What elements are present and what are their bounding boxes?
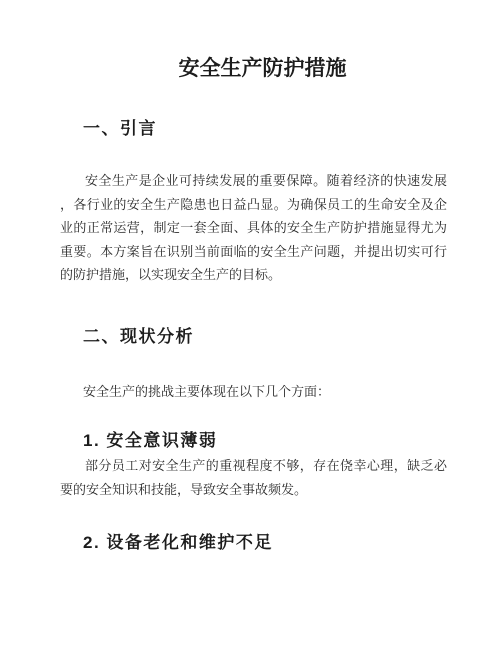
section-2-lead-line: 安全生产的挑战主要体现在以下几个方面： <box>60 380 447 404</box>
subsection-1-heading: 1. 安全意识薄弱 <box>83 432 217 450</box>
document-page: 安全生产防护措施 一、引言 安全生产是企业可持续发展的重要保障。随着经济的快速发… <box>0 0 500 647</box>
paragraph-line: 的防护措施，以实现安全生产的目标。 <box>60 263 447 287</box>
section-2-heading: 二、现状分析 <box>83 328 194 346</box>
paragraph-line: 部分员工对安全生产的重视程度不够，存在侥幸心理，缺乏必 <box>60 454 447 478</box>
paragraph-line: 重要。本方案旨在识别当前面临的安全生产问题，并提出切实可行 <box>60 240 447 264</box>
section-1-heading: 一、引言 <box>83 120 157 138</box>
paragraph-line: ，各行业的安全生产隐患也日益凸显。为确保员工的生命安全及企 <box>60 193 447 217</box>
paragraph-line: 业的正常运营，制定一套全面、具体的安全生产防护措施显得尤为 <box>60 216 447 240</box>
document-title: 安全生产防护措施 <box>60 55 447 83</box>
subsection-2-heading: 2. 设备老化和维护不足 <box>83 534 273 552</box>
intro-paragraph: 安全生产是企业可持续发展的重要保障。随着经济的快速发展 ，各行业的安全生产隐患也… <box>60 169 447 287</box>
subsection-1-paragraph: 部分员工对安全生产的重视程度不够，存在侥幸心理，缺乏必 要的安全知识和技能，导致… <box>60 454 447 501</box>
paragraph-line: 安全生产是企业可持续发展的重要保障。随着经济的快速发展 <box>60 169 447 193</box>
paragraph-line: 要的安全知识和技能，导致安全事故频发。 <box>60 478 447 502</box>
